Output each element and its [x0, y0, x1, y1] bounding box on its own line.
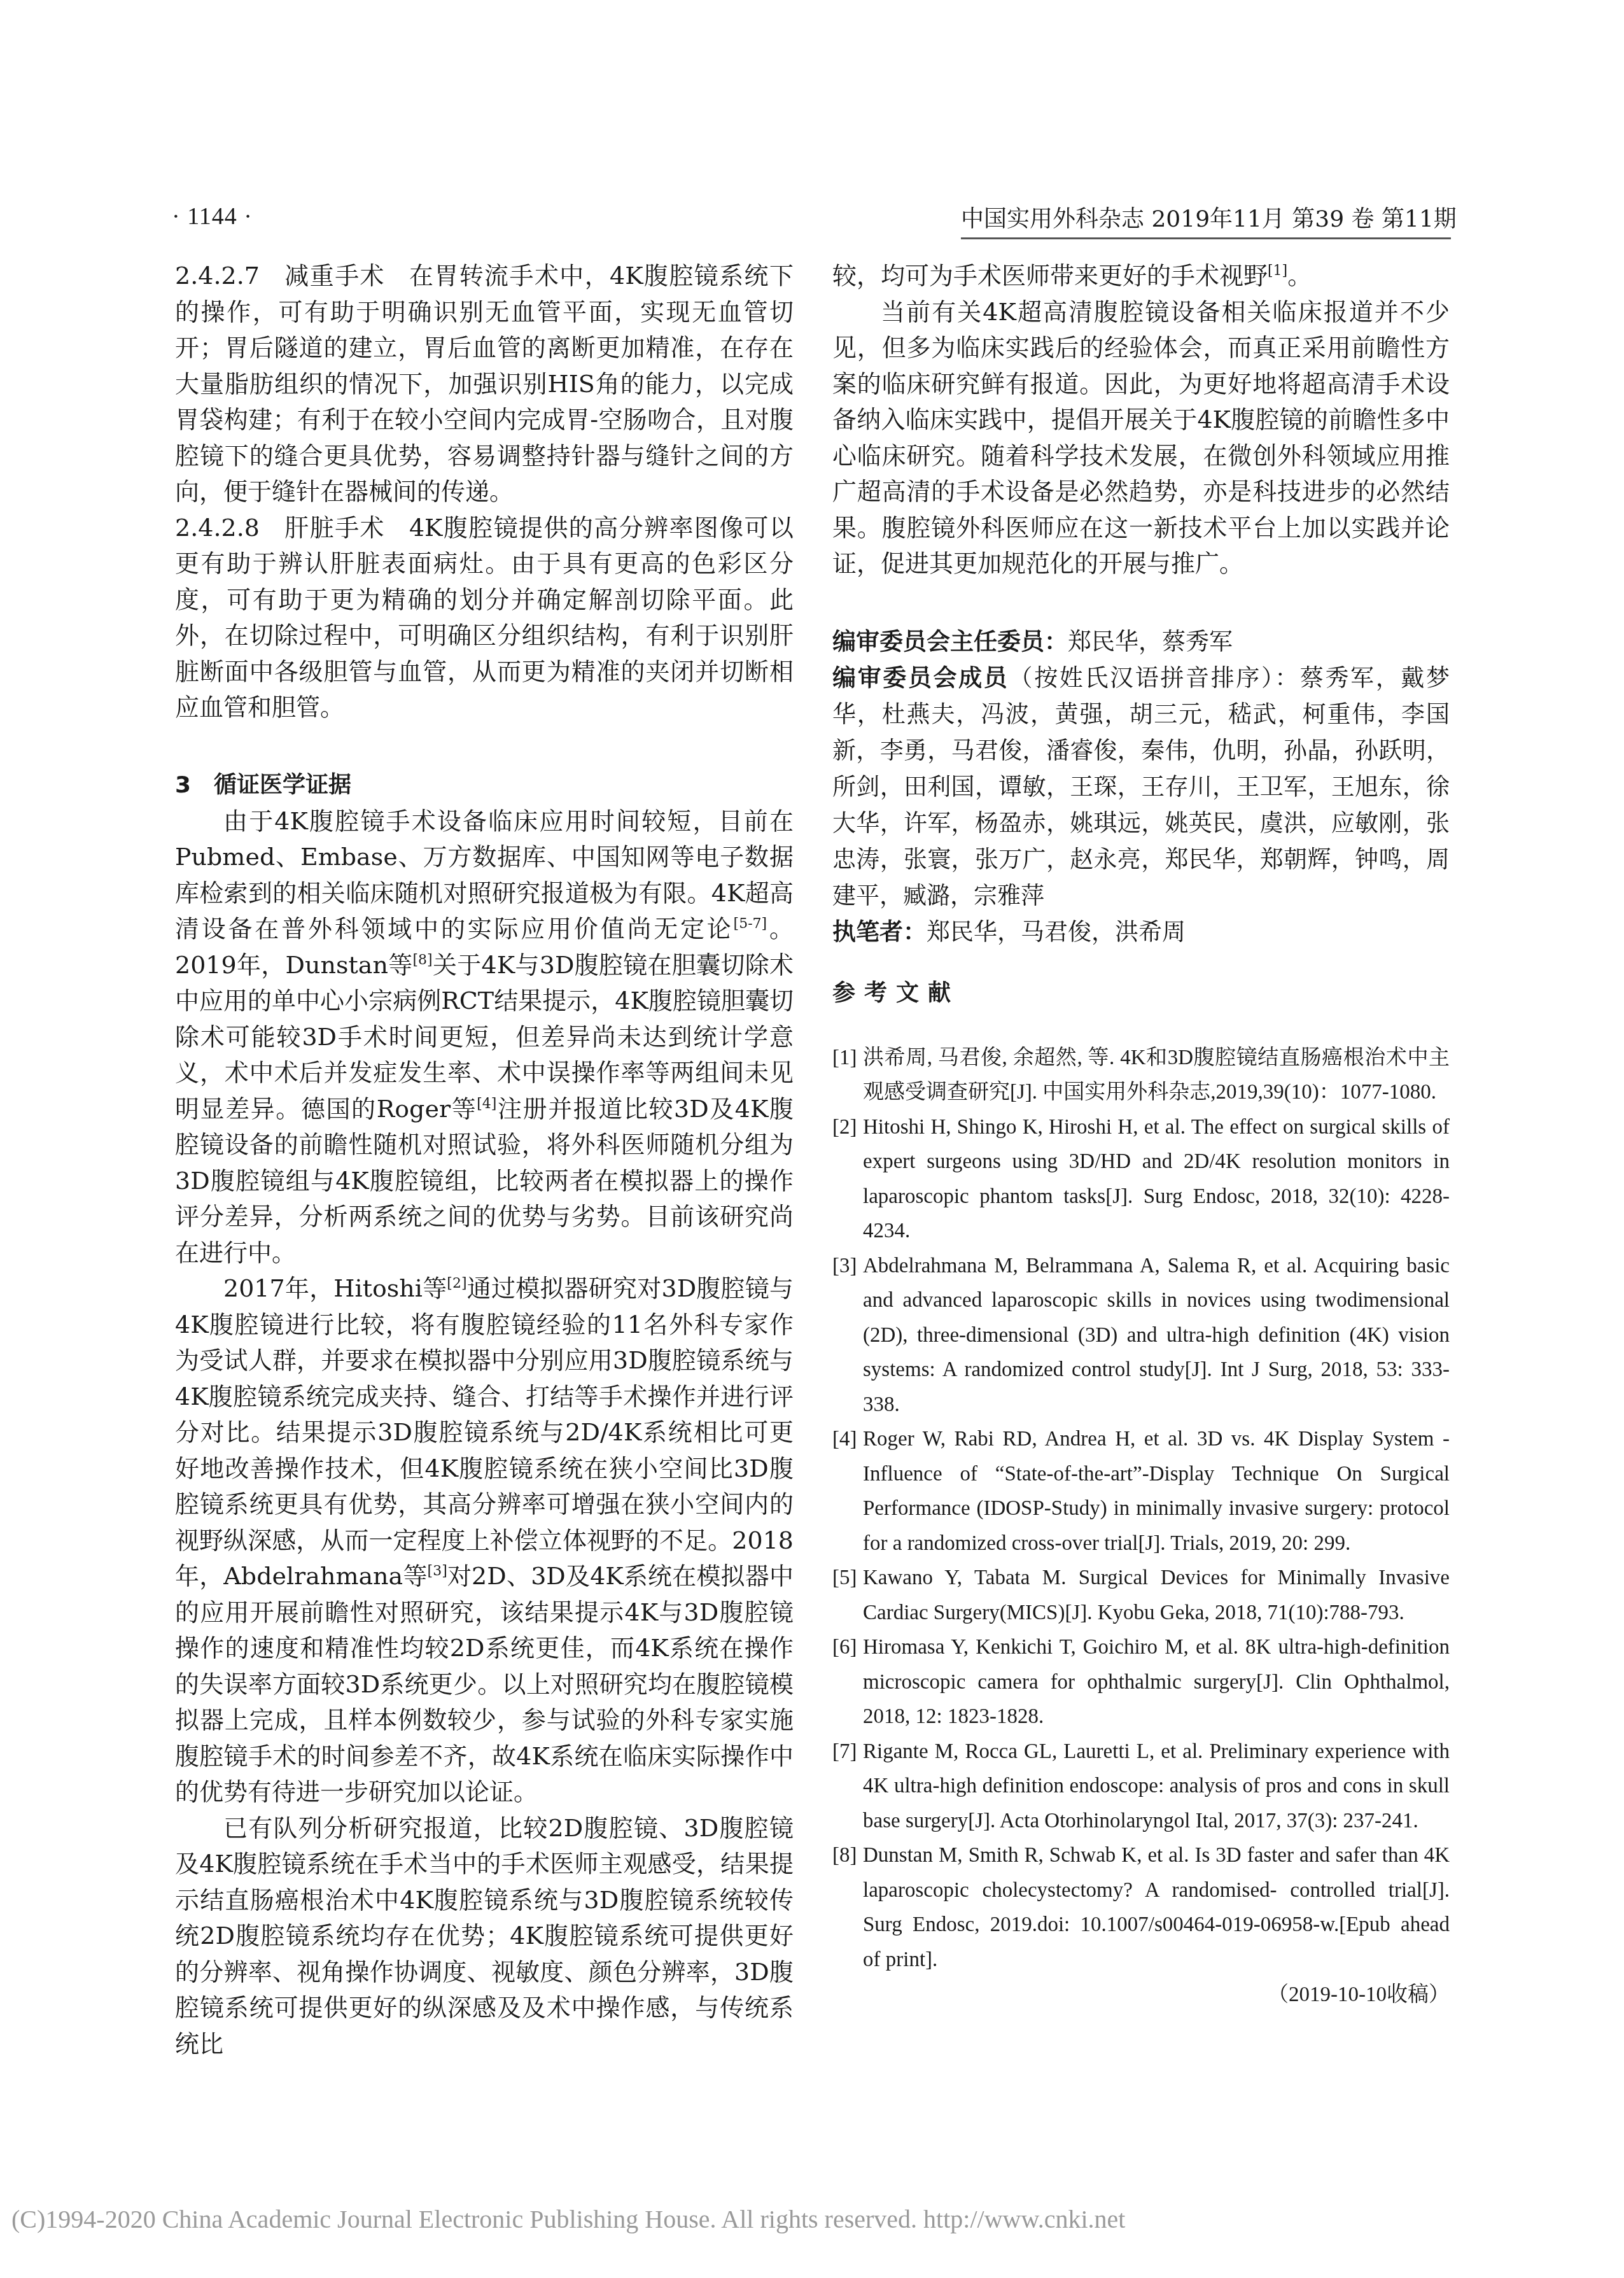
copyright-footer: (C)1994-2020 China Academic Journal Elec… [11, 2204, 1125, 2234]
committee-members: 编审委员会成员（按姓氏汉语拼音排序）：蔡秀军，戴梦华，杜燕夫，冯波，黄强，胡三元… [832, 660, 1450, 914]
section-number: 2.4.2.8 [175, 514, 260, 542]
reference-number: [2] [832, 1110, 863, 1249]
reference-item: [5]Kawano Y, Tabata M. Surgical Devices … [832, 1561, 1450, 1630]
reference-list: [1]洪希周, 马君俊, 余超然, 等. 4K和3D腹腔镜结直肠癌根治术中主观感… [832, 1041, 1450, 1978]
citation[interactable]: [4] [477, 1096, 496, 1112]
committee-chair: 编审委员会主任委员：郑民华，蔡秀军 [832, 624, 1450, 660]
reference-number: [8] [832, 1838, 863, 1977]
reference-number: [7] [832, 1734, 863, 1839]
section-2-4-2-8: 2.4.2.8肝脏手术4K腹腔镜提供的高分辨率图像可以更有助于辨认肝脏表面病灶。… [175, 510, 794, 726]
section-3-paragraph-3: 已有队列分析研究报道，比较2D腹腔镜、3D腹腔镜及4K腹腔镜系统在手术当中的手术… [175, 1810, 794, 2062]
writers-names: 郑民华，马君俊，洪希周 [927, 918, 1186, 946]
section-text: 在胃转流手术中，4K腹腔镜系统下的操作，可有助于明确识别无血管平面，实现无血管切… [175, 262, 794, 505]
text: 。 [1287, 262, 1312, 290]
running-head: 中国实用外科杂志 2019年11月 第39 卷 第11期 [961, 201, 1451, 239]
section-3-paragraph-1: 由于4K腹腔镜手术设备临床应用时间较短，目前在Pubmed、Embase、万方数… [175, 803, 794, 1271]
reference-item: [3]Abdelrahmana M, Belrammana A, Salema … [832, 1249, 1450, 1423]
reference-text: 洪希周, 马君俊, 余超然, 等. 4K和3D腹腔镜结直肠癌根治术中主观感受调查… [863, 1041, 1450, 1110]
members-label: 编审委员会成员 [832, 664, 1009, 692]
citation[interactable]: [1] [1268, 263, 1287, 279]
section-text: 4K腹腔镜提供的高分辨率图像可以更有助于辨认肝脏表面病灶。由于具有更高的色彩区分… [175, 514, 794, 722]
reference-text: Abdelrahmana M, Belrammana A, Salema R, … [863, 1249, 1450, 1423]
text: 2017年，Hitoshi等 [223, 1274, 447, 1302]
citation[interactable]: [8] [413, 952, 433, 968]
citation[interactable]: [5-7] [734, 916, 767, 932]
continued-paragraph: 较，均可为手术医师带来更好的手术视野[1]。 [832, 258, 1450, 294]
reference-text: Roger W, Rabi RD, Andrea H, et al. 3D vs… [863, 1422, 1450, 1561]
reference-number: [1] [832, 1041, 863, 1110]
reference-item: [4]Roger W, Rabi RD, Andrea H, et al. 3D… [832, 1422, 1450, 1561]
reference-item: [8]Dunstan M, Smith R, Schwab K, et al. … [832, 1838, 1450, 1977]
chair-names: 郑民华，蔡秀军 [1068, 628, 1233, 656]
reference-number: [5] [832, 1561, 863, 1630]
left-column: 2.4.2.7减重手术在胃转流手术中，4K腹腔镜系统下的操作，可有助于明确识别无… [175, 258, 794, 2062]
reference-text: Hitoshi H, Shingo K, Hiroshi H, et al. T… [863, 1110, 1450, 1249]
references-title: 参考文献 [832, 976, 1450, 1011]
members-names: 蔡秀军，戴梦华，杜燕夫，冯波，黄强，胡三元，嵇武，柯重伟，李国新，李勇，马君俊，… [832, 664, 1450, 910]
reference-text: Hiromasa Y, Kenkichi T, Goichiro M, et a… [863, 1630, 1450, 1734]
writers-label: 执笔者： [832, 918, 927, 946]
citation[interactable]: [3] [428, 1563, 447, 1579]
reference-text: Kawano Y, Tabata M. Surgical Devices for… [863, 1561, 1450, 1630]
text: 对2D、3D及4K系统在模拟器中的应用开展前瞻性对照研究，该结果提示4K与3D腹… [175, 1562, 794, 1806]
section-2-4-2-7: 2.4.2.7减重手术在胃转流手术中，4K腹腔镜系统下的操作，可有助于明确识别无… [175, 258, 794, 510]
reference-item: [2]Hitoshi H, Shingo K, Hiroshi H, et al… [832, 1110, 1450, 1249]
reference-item: [1]洪希周, 马君俊, 余超然, 等. 4K和3D腹腔镜结直肠癌根治术中主观感… [832, 1041, 1450, 1110]
section-3-heading: 3 循证医学证据 [175, 768, 794, 803]
section-title: 减重手术 [284, 262, 385, 290]
reference-number: [4] [832, 1422, 863, 1561]
committee-writers: 执笔者：郑民华，马君俊，洪希周 [832, 914, 1450, 950]
reference-number: [6] [832, 1630, 863, 1734]
page-number: · 1144 · [172, 202, 253, 230]
text: 由于4K腹腔镜手术设备临床应用时间较短，目前在Pubmed、Embase、万方数… [175, 807, 794, 943]
text: 通过模拟器研究对3D腹腔镜与4K腹腔镜进行比较，将有腹腔镜经验的11名外科专家作… [175, 1274, 794, 1590]
reference-text: Dunstan M, Smith R, Schwab K, et al. Is … [863, 1838, 1450, 1977]
members-note: （按姓氏汉语拼音排序）： [1009, 664, 1300, 692]
section-number: 2.4.2.7 [175, 262, 260, 290]
text: 较，均可为手术医师带来更好的手术视野 [832, 262, 1268, 290]
section-title: 肝脏手术 [284, 514, 385, 542]
right-column: 较，均可为手术医师带来更好的手术视野[1]。 当前有关4K超高清腹腔镜设备相关临… [832, 258, 1450, 2013]
citation[interactable]: [2] [447, 1276, 466, 1291]
section-3-paragraph-2: 2017年，Hitoshi等[2]通过模拟器研究对3D腹腔镜与4K腹腔镜进行比较… [175, 1270, 794, 1810]
chair-label: 编审委员会主任委员： [832, 628, 1068, 656]
reference-number: [3] [832, 1249, 863, 1423]
reference-item: [6]Hiromasa Y, Kenkichi T, Goichiro M, e… [832, 1630, 1450, 1734]
reference-item: [7]Rigante M, Rocca GL, Lauretti L, et a… [832, 1734, 1450, 1839]
conclusion-paragraph: 当前有关4K超高清腹腔镜设备相关临床报道并不少见，但多为临床实践后的经验体会，而… [832, 294, 1450, 582]
received-date: （2019-10-10收稿） [832, 1977, 1450, 2013]
committee-block: 编审委员会主任委员：郑民华，蔡秀军 编审委员会成员（按姓氏汉语拼音排序）：蔡秀军… [832, 624, 1450, 950]
reference-text: Rigante M, Rocca GL, Lauretti L, et al. … [863, 1734, 1450, 1839]
